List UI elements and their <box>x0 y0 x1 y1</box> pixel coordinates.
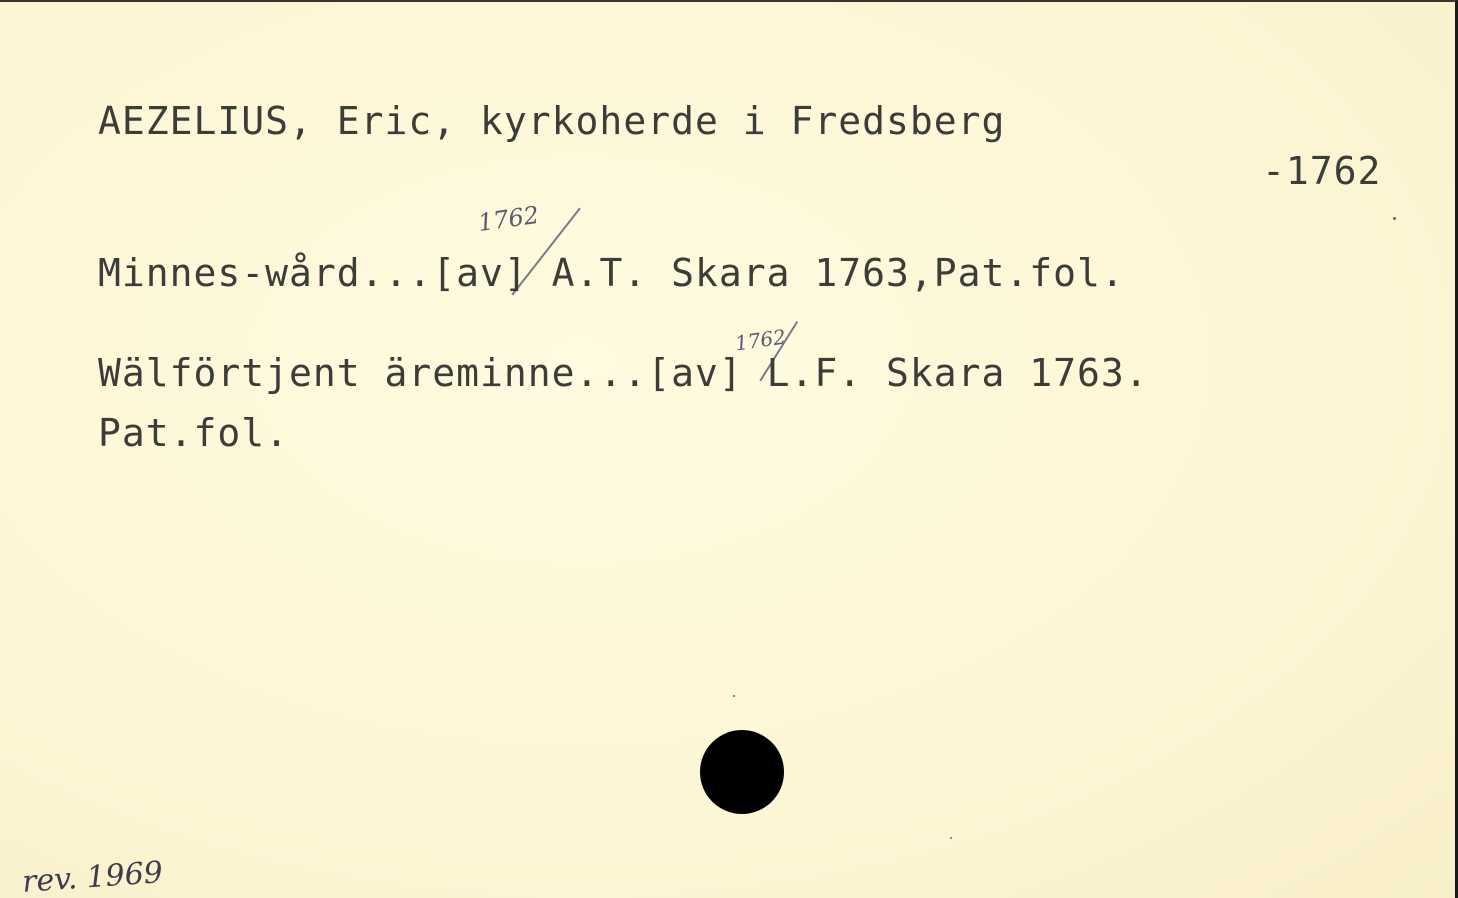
entry-line: Minnes-wård...[av] A.T. Skara 1763,Pat.f… <box>98 254 1125 292</box>
ink-speck <box>733 695 735 697</box>
death-year: -1762 <box>1262 152 1381 190</box>
entry-continuation: Pat.fol. <box>98 414 289 452</box>
entry-details: [av] L.F. Skara 1763. <box>647 351 1148 395</box>
revision-note: rev. 1969 <box>21 855 164 898</box>
punch-hole <box>700 730 784 814</box>
entry-title: Minnes-wård... <box>98 251 432 295</box>
entry-line: Wälförtjent äreminne...[av] L.F. Skara 1… <box>98 354 1149 392</box>
entry-title: Wälförtjent äreminne... <box>98 351 647 395</box>
card-heading: AEZELIUS, Eric, kyrkoherde i Fredsberg <box>98 102 1005 140</box>
handwritten-year-note: 1762 <box>477 203 541 235</box>
ink-speck <box>1393 217 1396 220</box>
entry-details: [av] A.T. Skara 1763,Pat.fol. <box>432 251 1124 295</box>
catalog-card: AEZELIUS, Eric, kyrkoherde i Fredsberg -… <box>0 0 1458 898</box>
ink-speck <box>950 837 952 839</box>
